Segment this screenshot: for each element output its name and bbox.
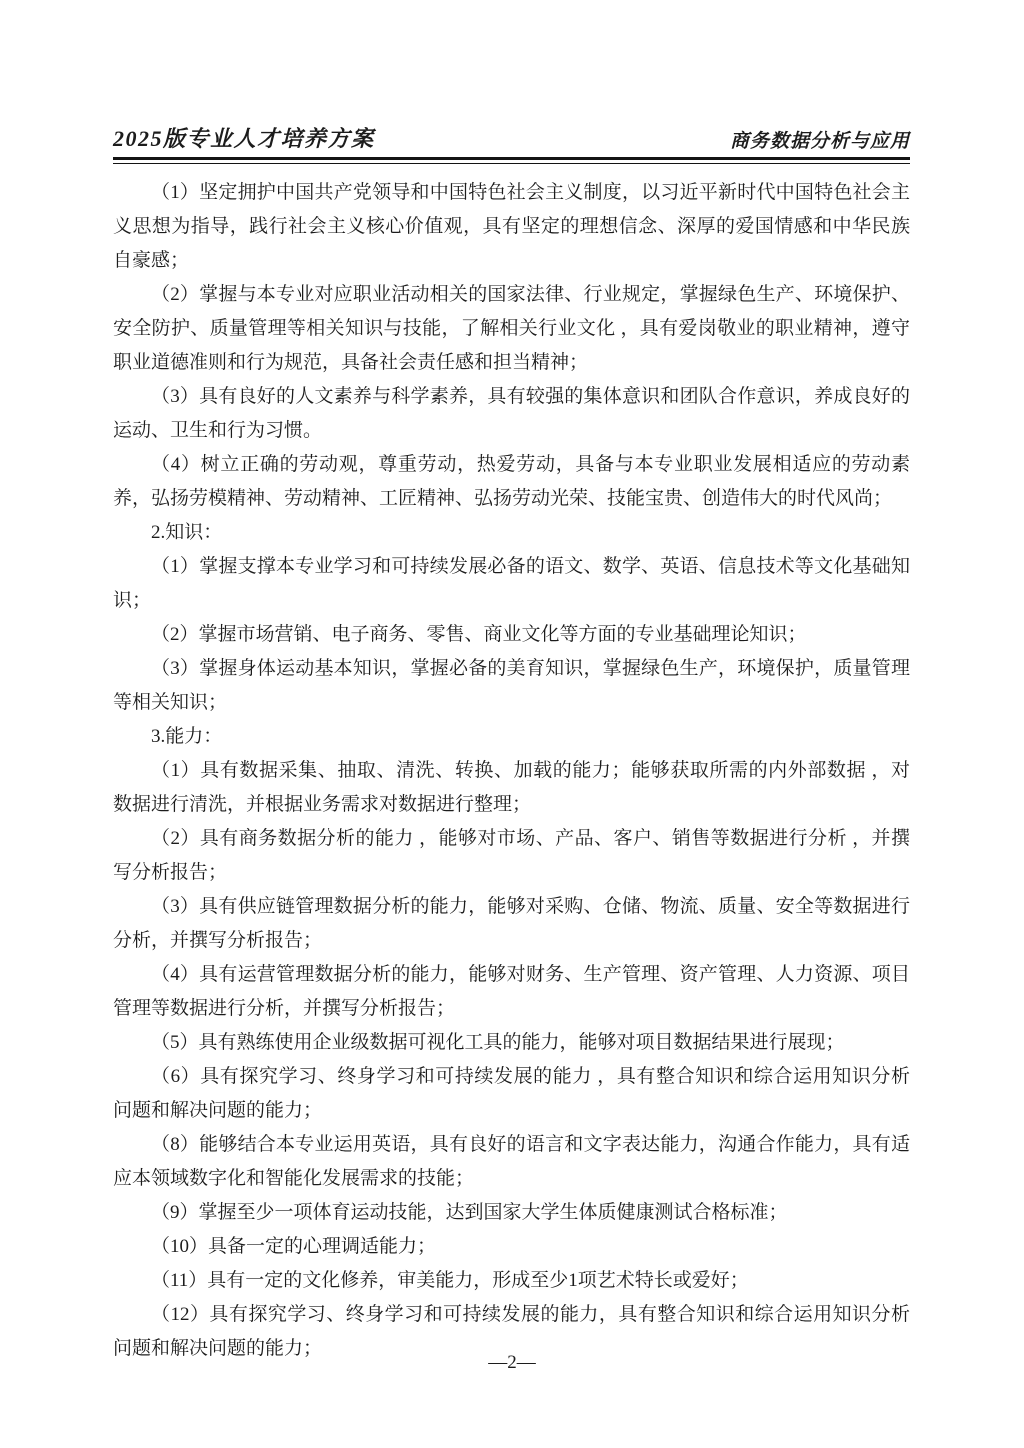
body-paragraph-quality-2: （2）掌握与本专业对应职业活动相关的国家法律、行业规定，掌握绿色生产、环境保护、… bbox=[113, 278, 910, 380]
header-double-rule bbox=[113, 157, 910, 164]
body-paragraph-quality-4: （4）树立正确的劳动观，尊重劳动，热爱劳动，具备与本专业职业发展相适应的劳动素养… bbox=[113, 448, 910, 516]
body-paragraph-ability-1: （1）具有数据采集、抽取、清洗、转换、加载的能力；能够获取所需的内外部数据 ，对… bbox=[113, 754, 910, 822]
body-paragraph-ability-6: （6）具有探究学习、终身学习和可持续发展的能力 ，具有整合知识和综合运用知识分析… bbox=[113, 1060, 910, 1128]
body-paragraph-ability-3: （3）具有供应链管理数据分析的能力，能够对采购、仓储、物流、质量、安全等数据进行… bbox=[113, 890, 910, 958]
body-paragraph-ability-11: （11）具有一定的文化修养，审美能力，形成至少1项艺术特长或爱好； bbox=[113, 1264, 910, 1298]
page-header: 2025版专业人才培养方案 商务数据分析与应用 bbox=[113, 122, 910, 164]
body-paragraph-ability-2: （2）具有商务数据分析的能力 ，能够对市场、产品、客户、销售等数据进行分析 ，并… bbox=[113, 822, 910, 890]
body-paragraph-knowledge-2: （2）掌握市场营销、电子商务、零售、商业文化等方面的专业基础理论知识； bbox=[113, 618, 910, 652]
page-number: —2— bbox=[488, 1352, 536, 1373]
document-body: （1）坚定拥护中国共产党领导和中国特色社会主义制度，以习近平新时代中国特色社会主… bbox=[113, 176, 910, 1366]
header-document-type: 2025版专业人才培养方案 bbox=[113, 122, 375, 153]
body-paragraph-quality-3: （3）具有良好的人文素养与科学素养，具有较强的集体意识和团队合作意识，养成良好的… bbox=[113, 380, 910, 448]
section-heading-ability: 3.能力： bbox=[113, 720, 910, 754]
body-paragraph-knowledge-1: （1）掌握支撑本专业学习和可持续发展必备的语文、数学、英语、信息技术等文化基础知… bbox=[113, 550, 910, 618]
body-paragraph-ability-10: （10）具备一定的心理调适能力； bbox=[113, 1230, 910, 1264]
body-paragraph-ability-5: （5）具有熟练使用企业级数据可视化工具的能力，能够对项目数据结果进行展现； bbox=[113, 1026, 910, 1060]
header-program-name: 商务数据分析与应用 bbox=[730, 126, 910, 153]
body-paragraph-knowledge-3: （3）掌握身体运动基本知识，掌握必备的美育知识，掌握绿色生产，环境保护，质量管理… bbox=[113, 652, 910, 720]
header-row: 2025版专业人才培养方案 商务数据分析与应用 bbox=[113, 122, 910, 153]
body-paragraph-ability-9: （9）掌握至少一项体育运动技能，达到国家大学生体质健康测试合格标准； bbox=[113, 1196, 910, 1230]
body-paragraph-quality-1: （1）坚定拥护中国共产党领导和中国特色社会主义制度，以习近平新时代中国特色社会主… bbox=[113, 176, 910, 278]
document-page: 2025版专业人才培养方案 商务数据分析与应用 （1）坚定拥护中国共产党领导和中… bbox=[0, 0, 1024, 1448]
body-paragraph-ability-8: （8）能够结合本专业运用英语，具有良好的语言和文字表达能力，沟通合作能力，具有适… bbox=[113, 1128, 910, 1196]
section-heading-knowledge: 2.知识： bbox=[113, 516, 910, 550]
body-paragraph-ability-4: （4）具有运营管理数据分析的能力，能够对财务、生产管理、资产管理、人力资源、项目… bbox=[113, 958, 910, 1026]
page-footer: —2— bbox=[0, 1348, 1024, 1378]
